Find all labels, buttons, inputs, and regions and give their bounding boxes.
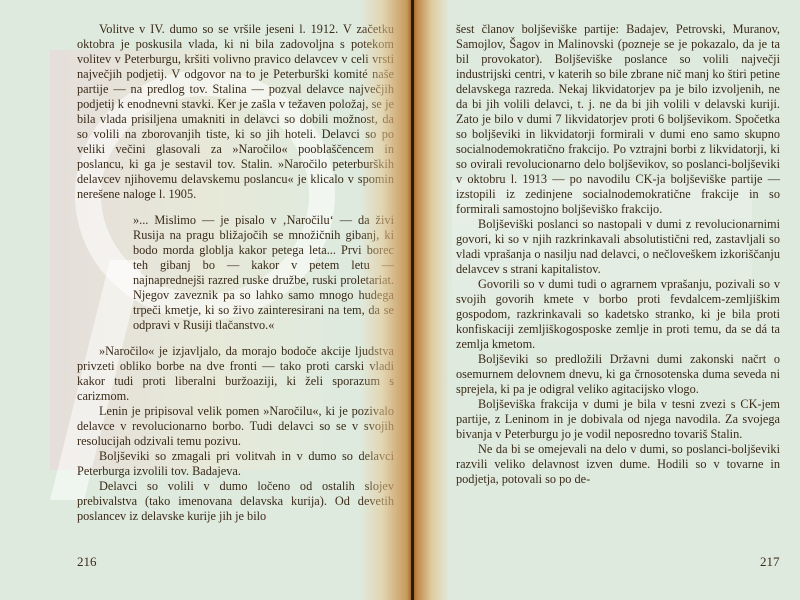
book-spine-line [411, 0, 414, 600]
paragraph: Boljševiški poslanci so nastopali v dumi… [456, 217, 780, 277]
page-number-right: 217 [760, 554, 780, 570]
paragraph: Lenin je pripisoval velik pomen »Naročil… [77, 404, 394, 449]
paragraph: Ne da bi se omejevali na delo v dumi, so… [456, 442, 780, 487]
paragraph: Govorili so v dumi tudi o agrarnem vpraš… [456, 277, 780, 352]
block-quote: »... Mislimo — je pisalo v ‚Naročilu‘ — … [133, 213, 394, 333]
paragraph: Boljševiki so predložili Državni dumi za… [456, 352, 780, 397]
paragraph: Delavci so volili v dumo ločeno od ostal… [77, 479, 394, 524]
paragraph: Boljševiška frakcija v dumi je bila v te… [456, 397, 780, 442]
page-number-left: 216 [77, 554, 97, 570]
right-page: šest članov boljševiške partije: Badajev… [456, 22, 780, 487]
book-spread: Volitve v IV. dumo so se vršile jeseni l… [0, 0, 800, 600]
paragraph-continued: šest članov boljševiške partije: Badajev… [456, 22, 780, 217]
paragraph: »Naročilo« je izjavljalo, da morajo bodo… [77, 344, 394, 404]
left-page: Volitve v IV. dumo so se vršile jeseni l… [77, 22, 394, 524]
paragraph: Boljševiki so zmagali pri volitvah in v … [77, 449, 394, 479]
paragraph: Volitve v IV. dumo so se vršile jeseni l… [77, 22, 394, 202]
